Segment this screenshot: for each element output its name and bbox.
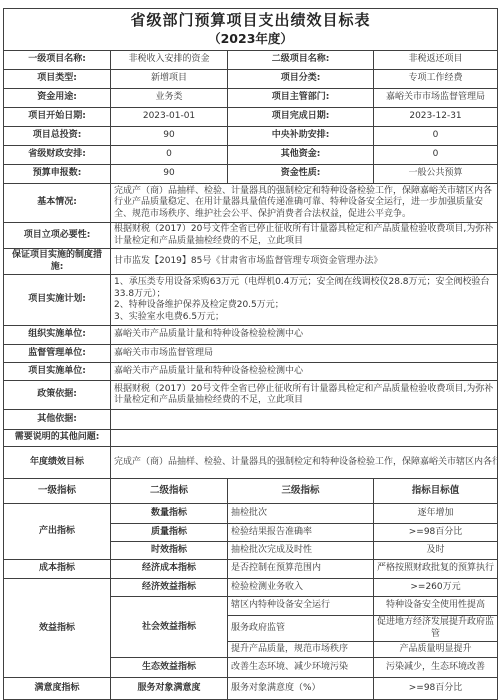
field-value: 90 xyxy=(111,127,228,146)
field-label: 项目完成日期: xyxy=(228,108,374,127)
field-value: 2023-12-31 xyxy=(374,108,498,127)
field-label: 省级财政安排: xyxy=(4,146,111,165)
field-value: 90 xyxy=(111,165,228,184)
indicator-level2: 服务对象满意度 xyxy=(111,678,228,700)
indicator-level3: 抽检批次完成及时性 xyxy=(228,542,374,560)
field-value: 非税收入安排的资金 xyxy=(111,51,228,70)
indicator-level3: 辖区内特种设备安全运行 xyxy=(228,597,374,616)
section-value: 根据财税（2017）20号文件全省已停止征收所有计量器具检定和产品质量检验收费项… xyxy=(111,223,498,249)
indicator-level2: 生态效益指标 xyxy=(111,658,228,678)
indicator-level3: 检验检测业务收入 xyxy=(228,579,374,597)
section-value: 嘉峪关市市场监督管理局 xyxy=(111,345,498,363)
field-label: 项目分类: xyxy=(228,70,374,89)
table-row: 满意度指标 服务对象满意度 服务对象满意度（%） >=98百分比 xyxy=(4,678,498,700)
field-value: 一般公共预算 xyxy=(374,165,498,184)
field-value: 0 xyxy=(374,127,498,146)
indicator-target: >=260万元 xyxy=(374,579,498,597)
field-value: 非税返还项目 xyxy=(374,51,498,70)
section-label: 保证项目实施的制度措施: xyxy=(4,249,111,275)
field-value: 嘉峪关市市场监督管理局 xyxy=(374,89,498,108)
indicator-level1: 成本指标 xyxy=(4,560,111,579)
indicator-level3: 是否控制在预算范围内 xyxy=(228,560,374,579)
section-value xyxy=(111,410,498,430)
table-row: 产出指标 数量指标 抽检批次 逐年增加 xyxy=(4,504,498,524)
field-label: 项目类型: xyxy=(4,70,111,89)
indicator-level2: 质量指标 xyxy=(111,524,228,542)
indicator-level2: 社会效益指标 xyxy=(111,597,228,658)
section-value: 根据财税（2017）20号文件全省已停止征收所有计量器具检定和产品质量检验收费项… xyxy=(111,381,498,410)
indicator-level2: 时效指标 xyxy=(111,542,228,560)
indicator-header: 三级指标 xyxy=(228,479,374,504)
indicator-header: 一级指标 xyxy=(4,479,111,504)
section-label: 组织实施单位: xyxy=(4,326,111,345)
indicator-level3: 服务对象满意度（%） xyxy=(228,678,374,700)
indicator-level1: 满意度指标 xyxy=(4,678,111,700)
indicator-level1: 产出指标 xyxy=(4,504,111,560)
field-label: 预算申报数: xyxy=(4,165,111,184)
section-label: 其他依据: xyxy=(4,410,111,430)
field-label: 资金用途: xyxy=(4,89,111,108)
field-label: 一级项目名称: xyxy=(4,51,111,70)
indicator-target: 及时 xyxy=(374,542,498,560)
indicator-level2: 经济效益指标 xyxy=(111,579,228,597)
indicator-level3: 提升产品质量，规范市场秩序 xyxy=(228,642,374,658)
section-label: 年度绩效目标 xyxy=(4,447,111,479)
field-label: 其他资金: xyxy=(228,146,374,165)
field-value: 0 xyxy=(374,146,498,165)
field-label: 项目开始日期: xyxy=(4,108,111,127)
section-label: 政策依据: xyxy=(4,381,111,410)
indicator-header: 二级指标 xyxy=(111,479,228,504)
indicator-target: 污染减少，生态环境改善 xyxy=(374,658,498,678)
section-value: 完成产（商）品抽样、检验、计量器具的强制检定和特种设备检验工作，保障嘉峪关市辖区… xyxy=(111,184,498,223)
section-value: 嘉峪关市产品质量计量和特种设备检验检测中心 xyxy=(111,326,498,345)
document-page: 省级部门预算项目支出绩效目标表 （2023年度） 一级项目名称: 非税收入安排的… xyxy=(0,0,500,685)
indicator-target: >=98百分比 xyxy=(374,678,498,700)
page-subtitle: （2023年度） xyxy=(4,31,497,47)
indicator-level3: 改善生态环境、减少环境污染 xyxy=(228,658,374,678)
section-label: 基本情况: xyxy=(4,184,111,223)
indicator-level3: 服务政府监管 xyxy=(228,616,374,642)
indicator-target: 严格按照财政批复的预算执行 xyxy=(374,560,498,579)
page-title: 省级部门预算项目支出绩效目标表 xyxy=(4,11,497,30)
performance-target-table: 省级部门预算项目支出绩效目标表 （2023年度） 一级项目名称: 非税收入安排的… xyxy=(3,8,498,700)
section-value xyxy=(111,430,498,447)
indicator-level3: 检验结果报告准确率 xyxy=(228,524,374,542)
field-value: 新增项目 xyxy=(111,70,228,89)
section-label: 项目实施单位: xyxy=(4,363,111,381)
table-row: 效益指标 经济效益指标 检验检测业务收入 >=260万元 xyxy=(4,579,498,597)
field-label: 中央补助安排: xyxy=(228,127,374,146)
table-row: 成本指标 经济成本指标 是否控制在预算范围内 严格按照财政批复的预算执行 xyxy=(4,560,498,579)
title-block: 省级部门预算项目支出绩效目标表 （2023年度） xyxy=(4,9,498,51)
indicator-level2: 数量指标 xyxy=(111,504,228,524)
indicator-target: 逐年增加 xyxy=(374,504,498,524)
indicator-target: 促进地方经济发展提升政府监管 xyxy=(374,616,498,642)
field-label: 二级项目名称: xyxy=(228,51,374,70)
indicator-target: 特种设备安全使用性提高 xyxy=(374,597,498,616)
field-value: 专项工作经费 xyxy=(374,70,498,89)
section-value: 完成产（商）品抽样、检验、计量器具的强制检定和特种设备检验工作，保障嘉峪关市辖区… xyxy=(111,447,498,479)
indicator-target: >=98百分比 xyxy=(374,524,498,542)
field-label: 项目主管部门: xyxy=(228,89,374,108)
section-value: 甘市监发【2019】85号《甘肃省市场监督管理专项资金管理办法》 xyxy=(111,249,498,275)
section-label: 需要说明的其他问题: xyxy=(4,430,111,447)
field-label: 资金性质: xyxy=(228,165,374,184)
section-value: 嘉峪关市产品质量计量和特种设备检验检测中心 xyxy=(111,363,498,381)
indicator-header: 指标目标值 xyxy=(374,479,498,504)
field-value: 业务类 xyxy=(111,89,228,108)
section-label: 项目立项必要性: xyxy=(4,223,111,249)
indicator-level1: 效益指标 xyxy=(4,579,111,678)
section-value: 1、承压类专用设备采购63万元（电焊机0.4万元；安全阀在线调校仪28.8万元；… xyxy=(111,275,498,326)
indicator-target: 产品质量明显提升 xyxy=(374,642,498,658)
section-label: 监督管理单位: xyxy=(4,345,111,363)
indicator-level3: 抽检批次 xyxy=(228,504,374,524)
field-value: 2023-01-01 xyxy=(111,108,228,127)
indicator-level2: 经济成本指标 xyxy=(111,560,228,579)
field-label: 项目总投资: xyxy=(4,127,111,146)
section-label: 项目实施计划: xyxy=(4,275,111,326)
field-value: 0 xyxy=(111,146,228,165)
